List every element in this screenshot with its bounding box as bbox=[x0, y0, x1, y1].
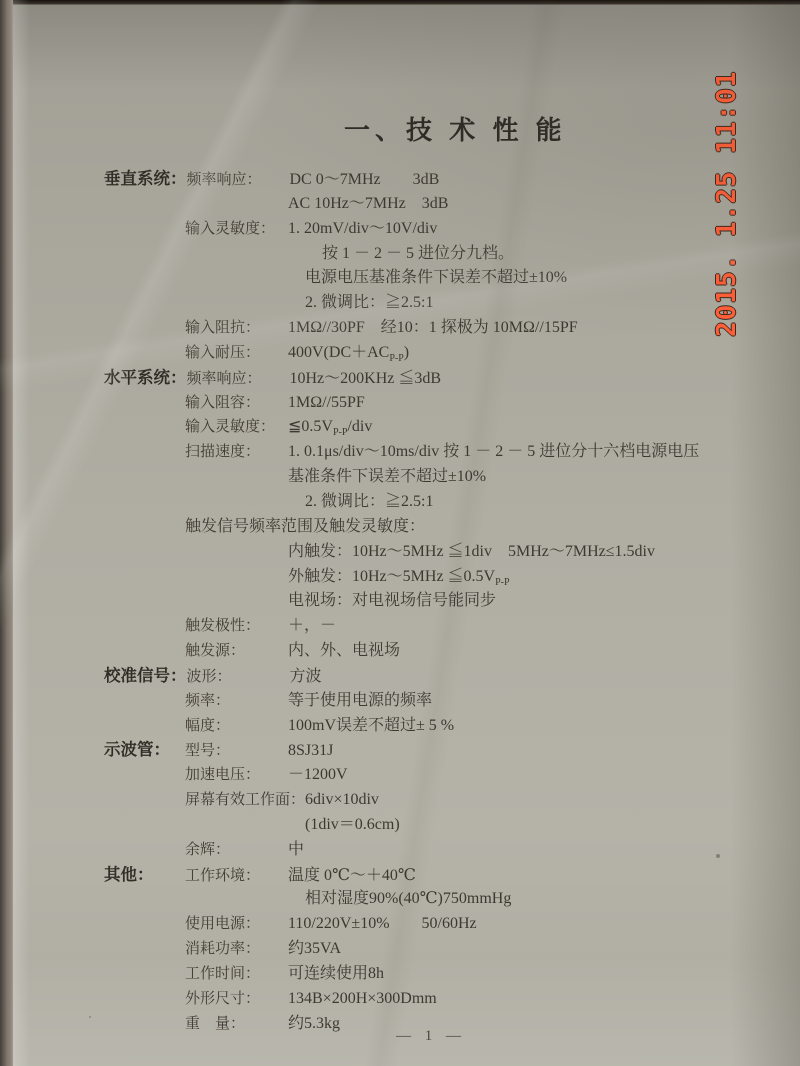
spec-row: 输入阻抗：1MΩ//30PF 经10：1 探极为 10MΩ//15PF bbox=[104, 316, 784, 341]
spec-value: 触发信号频率范围及触发灵敏度： bbox=[185, 515, 425, 540]
spec-value: 2. 微调比：≧2.5:1 bbox=[288, 291, 433, 316]
spec-value: －1200V bbox=[288, 763, 348, 788]
category-label: 示波管： bbox=[104, 738, 185, 763]
spec-value: 内触发：10Hz～5MHz ≦1div 5MHz～7MHz≤1.5div bbox=[288, 540, 655, 565]
category-label: 其他： bbox=[104, 863, 185, 888]
spec-label: 触发源： bbox=[185, 639, 288, 664]
category-label: 垂直系统： bbox=[104, 167, 187, 192]
spec-label: 幅度： bbox=[185, 714, 288, 739]
spec-label: 频率响应： bbox=[187, 367, 290, 392]
spec-value: ＋，－ bbox=[288, 614, 336, 639]
spec-value: 约35VA bbox=[288, 937, 341, 962]
spec-row: 触发源：内、外、电视场 bbox=[104, 639, 784, 664]
spec-row: 2. 微调比：≧2.5:1 bbox=[104, 291, 784, 316]
spec-row: AC 10Hz～7MHz 3dB bbox=[104, 192, 784, 217]
spec-value: 相对湿度90%(40℃)750mmHg bbox=[288, 887, 511, 912]
spec-value: 中 bbox=[288, 838, 304, 863]
spec-value: 1. 20mV/div～10V/div bbox=[288, 217, 437, 242]
spec-label: 工作时间： bbox=[185, 962, 288, 987]
spec-value: 100mV误差不超过± 5 % bbox=[288, 714, 454, 739]
spec-value: 按 1 － 2 － 5 进位分九档。 bbox=[288, 242, 514, 267]
spec-value: 6div×10div bbox=[305, 788, 379, 813]
spec-label: 重 量： bbox=[185, 1012, 288, 1037]
spec-value: 10Hz～200KHz ≦3dB bbox=[290, 367, 442, 392]
spec-row: 外形尺寸：134B×200H×300Dmm bbox=[104, 987, 784, 1012]
spec-value: 等于使用电源的频率 bbox=[288, 689, 432, 714]
spec-label: 触发极性： bbox=[185, 614, 288, 639]
spec-row: 输入灵敏度：1. 20mV/div～10V/div bbox=[104, 217, 784, 242]
spec-row: 屏幕有效工作面：6div×10div bbox=[104, 788, 784, 813]
spec-value: 1MΩ//55PF bbox=[288, 391, 365, 416]
spec-label: 消耗功率： bbox=[185, 937, 288, 962]
spec-row: 相对湿度90%(40℃)750mmHg bbox=[104, 887, 784, 912]
spec-label: 输入阻容： bbox=[185, 391, 288, 416]
spec-label: 输入灵敏度： bbox=[185, 415, 288, 440]
camera-timestamp: 2015. 1.25 11:01 bbox=[712, 85, 742, 337]
spec-value: 方波 bbox=[290, 665, 322, 690]
spec-value: 110/220V±10% 50/60Hz bbox=[288, 912, 477, 937]
spec-list: 垂直系统：频率响应：DC 0～7MHz 3dBAC 10Hz～7MHz 3dB输… bbox=[104, 167, 784, 1037]
spec-row: 内触发：10Hz～5MHz ≦1div 5MHz～7MHz≤1.5div bbox=[104, 540, 784, 565]
spec-row: 加速电压：－1200V bbox=[104, 763, 784, 788]
photo-top-edge bbox=[0, 0, 800, 5]
spec-value: 1. 0.1μs/div～10ms/div 按 1 － 2 － 5 进位分十六档… bbox=[288, 440, 699, 465]
spec-value: (1div＝0.6cm) bbox=[288, 813, 400, 838]
spec-row: 电源电压基准条件下误差不超过±10% bbox=[104, 266, 784, 291]
spec-row: 幅度：100mV误差不超过± 5 % bbox=[104, 714, 784, 739]
spec-row: 输入耐压：400V(DC＋ACP-P) bbox=[104, 341, 784, 366]
page-title: 一、技 术 性 能 bbox=[344, 110, 567, 147]
spec-row: 电视场：对电视场信号能同步 bbox=[104, 589, 784, 614]
document-photo: 一、技 术 性 能 垂直系统：频率响应：DC 0～7MHz 3dBAC 10Hz… bbox=[0, 0, 800, 1066]
spec-row: 基准条件下误差不超过±10% bbox=[104, 465, 784, 490]
spec-label: 频率： bbox=[185, 689, 288, 714]
spec-value: 基准条件下误差不超过±10% bbox=[288, 465, 486, 490]
spec-row: 触发极性：＋，－ bbox=[104, 614, 784, 639]
spec-label: 屏幕有效工作面： bbox=[185, 788, 305, 813]
category-label: 水平系统： bbox=[104, 366, 187, 391]
spec-row: 示波管：型号：8SJ31J bbox=[104, 738, 784, 763]
spec-label: 外形尺寸： bbox=[185, 987, 288, 1012]
spec-value: AC 10Hz～7MHz 3dB bbox=[288, 192, 448, 217]
spec-row: 2. 微调比：≧2.5:1 bbox=[104, 490, 784, 515]
table-surface-edge bbox=[0, 0, 13, 1066]
spec-label: 余辉： bbox=[185, 838, 288, 863]
spec-value: 温度 0℃～＋40℃ bbox=[288, 864, 416, 889]
spec-value: 内、外、电视场 bbox=[288, 639, 400, 664]
spec-value: 1MΩ//30PF 经10：1 探极为 10MΩ//15PF bbox=[288, 316, 578, 341]
spec-label: 频率响应： bbox=[187, 168, 290, 193]
spec-row: 工作时间：可连续使用8h bbox=[104, 962, 784, 987]
spec-row: 输入阻容：1MΩ//55PF bbox=[104, 391, 784, 416]
spec-label: 型号： bbox=[185, 739, 288, 764]
spec-row: 水平系统：频率响应：10Hz～200KHz ≦3dB bbox=[104, 366, 784, 391]
spec-value: 8SJ31J bbox=[288, 739, 333, 764]
spec-row: (1div＝0.6cm) bbox=[104, 813, 784, 838]
spec-row: 垂直系统：频率响应：DC 0～7MHz 3dB bbox=[104, 167, 784, 192]
spec-value: 可连续使用8h bbox=[288, 962, 384, 987]
spec-value: 2. 微调比：≧2.5:1 bbox=[288, 490, 433, 515]
spec-row: 输入灵敏度：≦0.5VP-P/div bbox=[104, 415, 784, 440]
spec-row: 频率：等于使用电源的频率 bbox=[104, 689, 784, 714]
spec-label: 输入灵敏度： bbox=[185, 217, 288, 242]
spec-row: 使用电源：110/220V±10% 50/60Hz bbox=[104, 912, 784, 937]
spec-value: 134B×200H×300Dmm bbox=[288, 987, 437, 1012]
spec-row: 余辉：中 bbox=[104, 838, 784, 863]
spec-label: 扫描速度： bbox=[185, 440, 288, 465]
spec-label: 输入耐压： bbox=[185, 341, 288, 366]
spec-label: 波形： bbox=[187, 665, 290, 690]
spec-value: 电源电压基准条件下误差不超过±10% bbox=[288, 266, 567, 291]
spec-label: 工作环境： bbox=[185, 864, 288, 889]
spec-row: 校准信号：波形：方波 bbox=[104, 664, 784, 689]
spec-row: 按 1 － 2 － 5 进位分九档。 bbox=[104, 242, 784, 267]
page-number: — 1 — bbox=[396, 1028, 466, 1045]
spec-label: 使用电源： bbox=[185, 912, 288, 937]
spec-label: 加速电压： bbox=[185, 763, 288, 788]
spec-row: 扫描速度：1. 0.1μs/div～10ms/div 按 1 － 2 － 5 进… bbox=[104, 440, 784, 465]
spec-row: 消耗功率：约35VA bbox=[104, 937, 784, 962]
spec-row: 触发信号频率范围及触发灵敏度： bbox=[104, 515, 784, 540]
spec-value: DC 0～7MHz 3dB bbox=[290, 168, 440, 193]
spec-value: 约5.3kg bbox=[288, 1012, 340, 1037]
spec-value: 电视场：对电视场信号能同步 bbox=[288, 589, 496, 614]
spec-row: 外触发：10Hz～5MHz ≦0.5VP-P bbox=[104, 565, 784, 590]
spec-row: 其他：工作环境：温度 0℃～＋40℃ bbox=[104, 863, 784, 888]
paper-speck bbox=[716, 854, 720, 858]
spec-label: 输入阻抗： bbox=[185, 316, 288, 341]
category-label: 校准信号： bbox=[104, 664, 187, 689]
